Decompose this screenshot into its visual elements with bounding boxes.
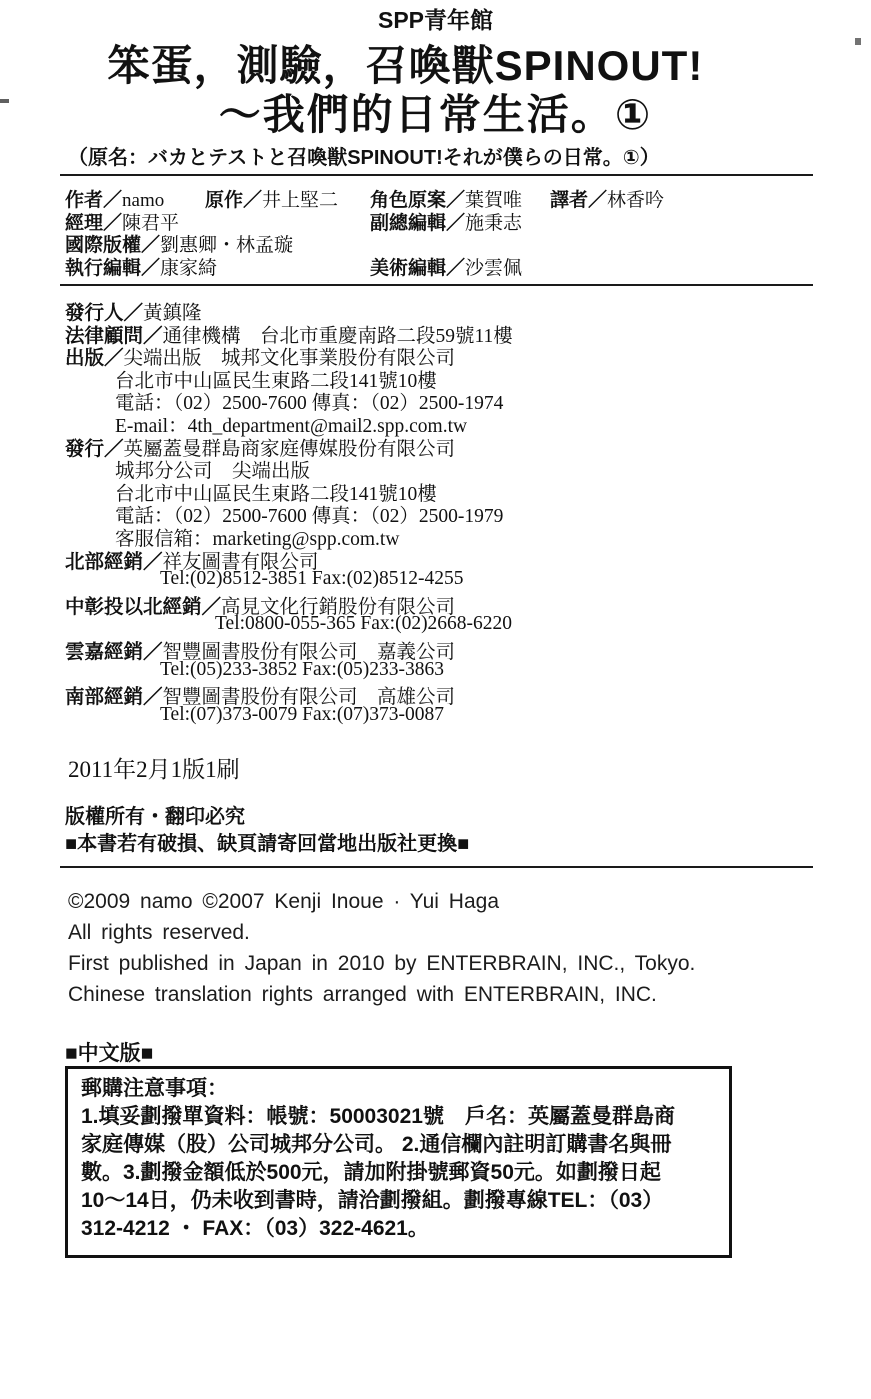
- south-distributor-line: 南部經銷／智豐圖書股份有限公司 高雄公司: [65, 681, 825, 704]
- english-first-published-line: First published in Japan in 2010 by ENTE…: [68, 948, 828, 979]
- english-copyright-block: ©2009 namo ©2007 Kenji Inoue · Yui Haga …: [68, 886, 828, 1010]
- notice-line: 家庭傳媒（股）公司城邦分公司。 2.通信欄內註明訂購書名與冊: [81, 1131, 716, 1159]
- credits-row: 國際版權／劉惠卿・林孟璇: [65, 230, 815, 253]
- original-title: （原名：バカとテストと召喚獣SPINOUT!それが僕らの日常。①）: [68, 141, 848, 170]
- edition-date: 2011年2月1版1刷: [68, 751, 240, 784]
- notice-heading: 郵購注意事項：: [81, 1075, 716, 1103]
- divider-rule: [60, 284, 813, 286]
- english-translation-rights-line: Chinese translation rights arranged with…: [68, 979, 828, 1010]
- issuer-line: 發行／英屬蓋曼群島商家庭傳媒股份有限公司: [65, 433, 825, 456]
- publication-block: 發行人／黃鎮隆 法律顧問／通律機構 台北市重慶南路二段59號11樓 出版／尖端出…: [65, 297, 825, 726]
- chinese-edition-label: ■中文版■: [65, 1037, 153, 1067]
- credit-art-editor: 美術編輯／沙雲佩: [370, 253, 522, 280]
- colophon-page: SPP青年館 笨蛋，測驗，召喚獸SPINOUT! ～我們的日常生活。① （原名：…: [0, 0, 871, 1399]
- imprint-label: SPP青年館: [0, 2, 871, 35]
- publisher-person-line: 發行人／黃鎮隆: [65, 297, 825, 320]
- central-distributor-line: 中彰投以北經銷／高見文化行銷股份有限公司: [65, 591, 825, 614]
- north-distributor-line: 北部經銷／祥友圖書有限公司: [65, 546, 825, 569]
- copyright-notice: 版權所有・翻印必究: [65, 800, 245, 829]
- notice-line: 312-4212 ・ FAX：（03）322-4621。: [81, 1215, 716, 1243]
- publisher-line: 出版／尖端出版 城邦文化事業股份有限公司: [65, 342, 825, 365]
- credits-block: 作者／namo 原作／井上堅二 角色原案／葉賀唯 譯者／林香吟 經理／陳君平 副…: [65, 185, 815, 275]
- divider-rule: [60, 174, 813, 176]
- credits-row: 執行編輯／康家綺 美術編輯／沙雲佩: [65, 253, 815, 276]
- legal-advisor-line: 法律顧問／通律機構 台北市重慶南路二段59號11樓: [65, 320, 825, 343]
- north-distributor-phone-line: Tel:(02)8512-3851 Fax:(02)8512-4255: [65, 568, 825, 591]
- damaged-copy-notice: ■本書若有破損、缺頁請寄回當地出版社更換■: [65, 827, 469, 856]
- issuer-address-line: 台北市中山區民生東路二段141號10樓: [65, 478, 825, 501]
- notice-line: 數。3.劃撥金額低於500元，請加附掛號郵資50元。如劃撥日起: [81, 1159, 716, 1187]
- issuer-phone-line: 電話：（02）2500-7600 傳真：（02）2500-1979: [65, 500, 825, 523]
- divider-rule: [60, 866, 813, 868]
- credit-executive-editor: 執行編輯／康家綺: [65, 253, 217, 280]
- notice-line: 1.填妥劃撥單資料：帳號：50003021號 戶名：英屬蓋曼群島商: [81, 1103, 716, 1131]
- credits-row: 經理／陳君平 副總編輯／施秉志: [65, 208, 815, 231]
- english-copyright-line: ©2009 namo ©2007 Kenji Inoue · Yui Haga: [68, 886, 828, 917]
- book-title-line2: ～我們的日常生活。①: [0, 82, 871, 142]
- english-rights-line: All rights reserved.: [68, 917, 828, 948]
- credits-row: 作者／namo 原作／井上堅二 角色原案／葉賀唯 譯者／林香吟: [65, 185, 815, 208]
- publisher-phone-line: 電話：（02）2500-7600 傳真：（02）2500-1974: [65, 387, 825, 410]
- yunjia-distributor-line: 雲嘉經銷／智豐圖書股份有限公司 嘉義公司: [65, 636, 825, 659]
- publisher-email-line: E-mail：4th_department@mail2.spp.com.tw: [65, 410, 825, 433]
- scan-artifact-dot: [855, 38, 861, 45]
- notice-line: 10～14日，仍未收到書時，請洽劃撥組。劃撥專線TEL：（03）: [81, 1187, 716, 1215]
- mail-order-notice-box: 郵購注意事項： 1.填妥劃撥單資料：帳號：50003021號 戶名：英屬蓋曼群島…: [65, 1066, 732, 1258]
